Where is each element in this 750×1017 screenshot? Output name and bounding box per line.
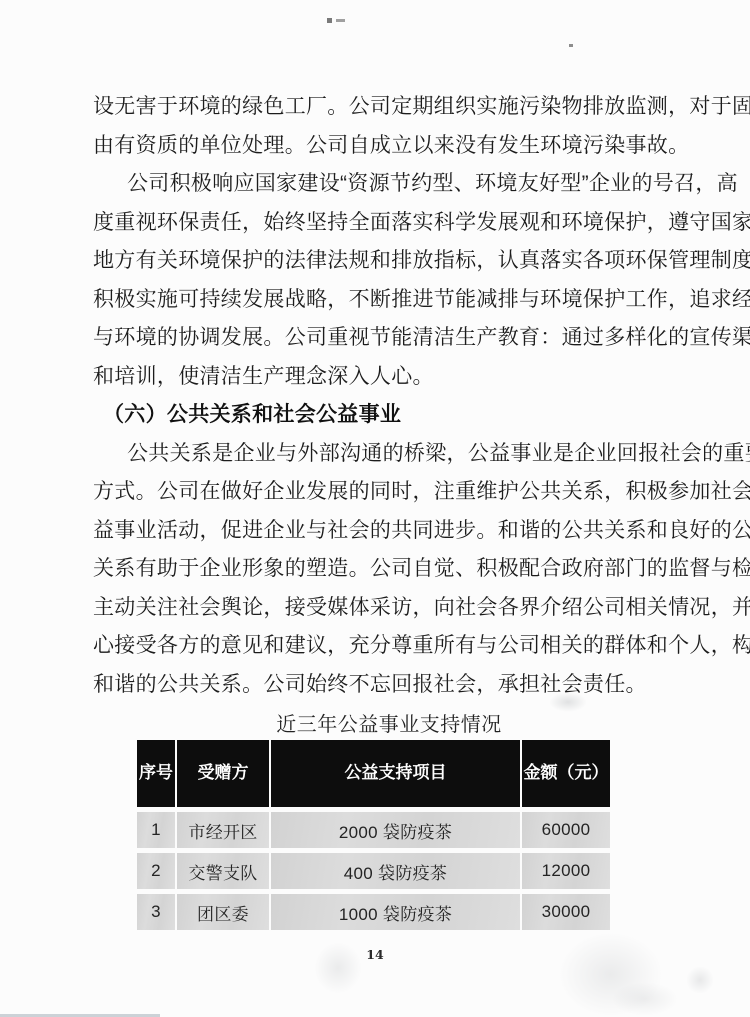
table-header-cell-index: 序号	[137, 740, 175, 807]
table-cell: 2000 袋防疫茶	[271, 812, 520, 848]
scan-speck	[569, 44, 573, 47]
table-cell: 市经开区	[177, 812, 269, 848]
table-header-cell-project: 公益支持项目	[271, 740, 520, 807]
text-line: 积极实施可持续发展战略，不断推进节能减排与环境保护工作，追求经济	[93, 281, 713, 320]
body-text: 设无害于环境的绿色工厂。公司定期组织实施污染物排放监测，对于固废 由有资质的单位…	[93, 88, 713, 704]
scan-speck	[336, 19, 345, 22]
text-line: 设无害于环境的绿色工厂。公司定期组织实施污染物排放监测，对于固废	[93, 88, 713, 127]
table-cell: 交警支队	[177, 853, 269, 889]
table-cell: 1	[137, 812, 175, 848]
text-line: 公司积极响应国家建设“资源节约型、环境友好型”企业的号召，高	[93, 165, 713, 204]
table-cell: 3	[137, 894, 175, 930]
text-line: 与环境的协调发展。公司重视节能清洁生产教育：通过多样化的宣传渠道	[93, 319, 713, 358]
text-line: 益事业活动，促进企业与社会的共同进步。和谐的公共关系和良好的公共	[93, 512, 713, 551]
table-cell: 12000	[522, 853, 610, 889]
table-cell: 2	[137, 853, 175, 889]
table-header-cell-donee: 受赠方	[177, 740, 269, 807]
text-line: 和谐的公共关系。公司始终不忘回报社会，承担社会责任。	[93, 666, 713, 705]
scan-smudge	[612, 982, 678, 1016]
section-heading: （六）公共关系和社会公益事业	[93, 396, 713, 435]
table-header-cell-amount: 金额（元）	[522, 740, 610, 807]
table-cell: 30000	[522, 894, 610, 930]
text-line: 地方有关环境保护的法律法规和排放指标，认真落实各项环保管理制度，	[93, 242, 713, 281]
text-line: 主动关注社会舆论，接受媒体采访，向社会各界介绍公司相关情况，并虚	[93, 589, 713, 628]
table-title: 近三年公益事业支持情况	[14, 708, 750, 737]
scan-speck	[327, 18, 332, 23]
text-line: 心接受各方的意见和建议，充分尊重所有与公司相关的群体和个人，构筑	[93, 627, 713, 666]
text-line: 度重视环保责任，始终坚持全面落实科学发展观和环境保护，遵守国家和	[93, 204, 713, 243]
text-line: 方式。公司在做好企业发展的同时，注重维护公共关系，积极参加社会公	[93, 473, 713, 512]
text-line: 由有资质的单位处理。公司自成立以来没有发生环境污染事故。	[93, 127, 713, 166]
text-line: 和培训，使清洁生产理念深入人心。	[93, 358, 713, 397]
table-cell: 60000	[522, 812, 610, 848]
table-cell: 400 袋防疫茶	[271, 853, 520, 889]
table-cell: 团区委	[177, 894, 269, 930]
scanned-document-page: 设无害于环境的绿色工厂。公司定期组织实施污染物排放监测，对于固废 由有资质的单位…	[0, 0, 750, 1017]
text-line: 关系有助于企业形象的塑造。公司自觉、积极配合政府部门的监督与检查；	[93, 550, 713, 589]
table-cell: 1000 袋防疫茶	[271, 894, 520, 930]
donations-table: 序号 受赠方 公益支持项目 金额（元） 1 市经开区 2000 袋防疫茶 600…	[137, 740, 610, 930]
scan-smudge	[686, 966, 714, 994]
text-line: 公共关系是企业与外部沟通的桥梁，公益事业是企业回报社会的重要	[93, 435, 713, 474]
page-number: 14	[0, 947, 750, 962]
